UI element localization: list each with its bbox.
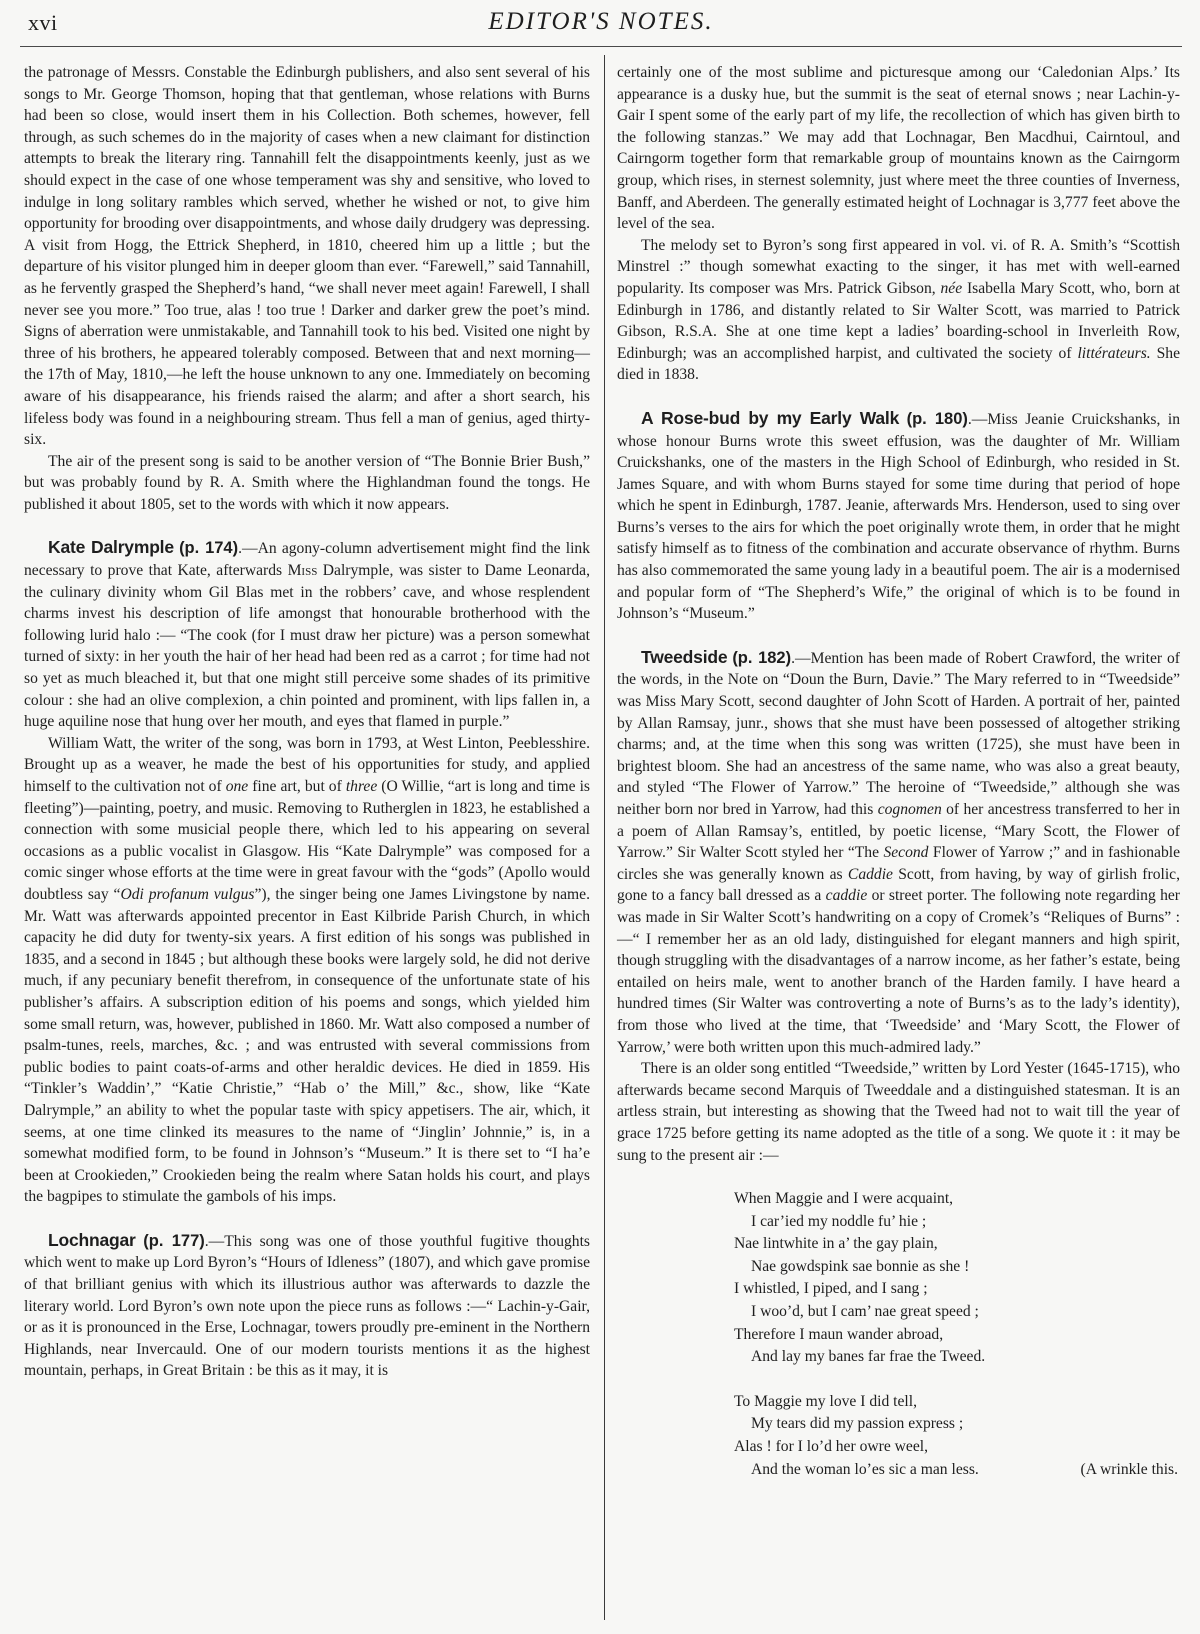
section-text: .—Miss Jeanie Cruickshanks, in whose hon… <box>617 411 1180 622</box>
page-title: EDITOR'S NOTES. <box>22 8 1180 36</box>
paragraph-william-watt: William Watt, the writer of the song, wa… <box>24 733 590 1208</box>
paragraph-lochnagar-cont: certainly one of the most sublime and pi… <box>617 62 1180 235</box>
section-title: Tweedside <box>641 647 727 667</box>
italic-text: cognomen <box>878 801 942 818</box>
italic-text: née <box>941 280 963 297</box>
paragraph-older-song: There is an older song entitled “Tweedsi… <box>617 1058 1180 1166</box>
poem-line: Nae gowdspink sae bonnie as she ! <box>734 1256 1180 1279</box>
italic-text: three <box>346 778 377 795</box>
italic-text: littérateurs. <box>1077 345 1150 362</box>
book-page: xvi EDITOR'S NOTES. the patronage of Mes… <box>0 0 1200 1634</box>
poem-line: Alas ! for I lo’d her owre weel, <box>734 1436 1180 1459</box>
page-reference: (p. 177) <box>143 1232 204 1250</box>
poem-quote: When Maggie and I were acquaint, I car’i… <box>734 1188 1180 1481</box>
text-run: (O Willie, “art is long and time is flee… <box>24 778 590 903</box>
section-text: .—This song was one of those youthful fu… <box>24 1233 590 1380</box>
page-reference: (p. 180) <box>907 410 968 428</box>
poem-line: Therefore I maun wander abroad, <box>734 1324 1180 1347</box>
italic-text: caddie <box>826 887 868 904</box>
section-text: Dalrymple, was sister to Dame Leonarda, … <box>24 562 590 730</box>
poem-line: I woo’d, but I cam’ nae great speed ; <box>734 1301 1180 1324</box>
italic-text: Second <box>883 844 928 861</box>
column-divider <box>604 55 605 1620</box>
right-column: certainly one of the most sublime and pi… <box>617 62 1180 1481</box>
paragraph-tannahill: the patronage of Messrs. Constable the E… <box>24 62 590 451</box>
poem-line: And the woman lo’es sic a man less. <box>751 1461 979 1478</box>
section-rose-bud: A Rose-bud by my Early Walk (p. 180).—Mi… <box>617 408 1180 625</box>
poem-line: I car’ied my noddle fu’ hie ; <box>734 1211 1180 1234</box>
text-run: fine art, but of <box>248 778 346 795</box>
section-title: A Rose-bud by my Early Walk <box>641 408 899 428</box>
page-reference: (p. 182) <box>732 649 791 667</box>
poem-line-last: And the woman lo’es sic a man less.(A wr… <box>734 1459 1180 1482</box>
page-reference: (p. 174) <box>179 539 238 557</box>
text-run: ”), the singer being one James Livingsto… <box>24 886 590 1205</box>
poem-stanza-1: When Maggie and I were acquaint, I car’i… <box>734 1188 1180 1369</box>
section-title: Lochnagar <box>48 1230 136 1250</box>
poem-line: My tears did my passion express ; <box>734 1413 1180 1436</box>
text-run: .—Mention has been made of Robert Crawfo… <box>617 650 1180 818</box>
section-lochnagar: Lochnagar (p. 177).—This song was one of… <box>24 1230 590 1382</box>
poem-stanza-2: To Maggie my love I did tell, My tears d… <box>734 1391 1180 1481</box>
paragraph-melody: The melody set to Byron’s song first app… <box>617 235 1180 386</box>
poem-line: Nae lintwhite in a’ the gay plain, <box>734 1233 1180 1256</box>
italic-text: Caddie <box>848 866 893 883</box>
poem-aside: (A wrinkle this. <box>1081 1459 1178 1482</box>
italic-text: Odi profanum vulgus <box>120 886 254 903</box>
poem-line: And lay my banes far frae the Tweed. <box>734 1346 1180 1369</box>
poem-line: To Maggie my love I did tell, <box>734 1391 1180 1414</box>
section-kate-dalrymple: Kate Dalrymple (p. 174).—An agony-column… <box>24 537 590 732</box>
poem-line: When Maggie and I were acquaint, <box>734 1188 1180 1211</box>
small-caps-text: Miss <box>288 562 318 579</box>
running-head: xvi EDITOR'S NOTES. <box>22 6 1180 42</box>
section-title: Kate Dalrymple <box>48 537 174 557</box>
poem-line: I whistled, I piped, and I sang ; <box>734 1278 1180 1301</box>
italic-text: one <box>226 778 249 795</box>
text-run: or street porter. The following note reg… <box>617 887 1180 1055</box>
header-divider <box>20 46 1182 47</box>
paragraph-air: The air of the present song is said to b… <box>24 451 590 516</box>
left-column: the patronage of Messrs. Constable the E… <box>24 62 590 1382</box>
section-tweedside: Tweedside (p. 182).—Mention has been mad… <box>617 647 1180 1058</box>
